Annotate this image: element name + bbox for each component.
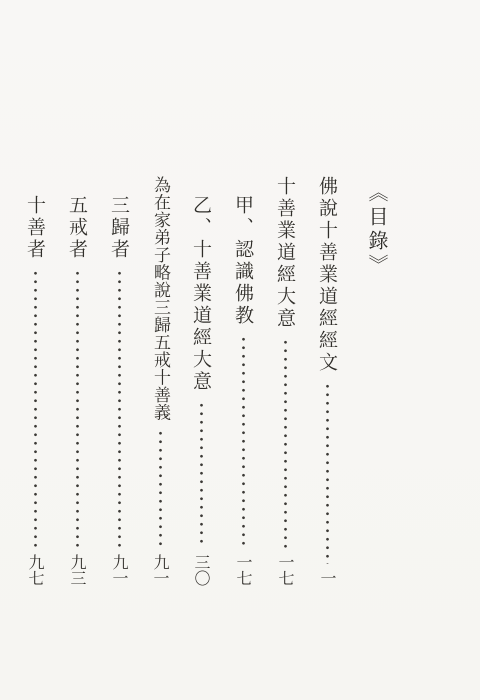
toc-leader-dots	[188, 401, 215, 548]
toc-leader-dots	[148, 429, 173, 548]
toc-page-number: 九三	[66, 554, 89, 588]
toc-entry: 佛說十善業道經經文 一	[314, 176, 341, 588]
scanned-book-page: 《目錄》 佛說十善業道經經文 一 十善業道經大意 一七 甲、認識佛教 一七 乙、…	[0, 0, 480, 700]
toc-entry-title: 佛說十善業道經經文	[314, 176, 341, 374]
table-of-contents: 《目錄》 佛說十善業道經經文 一 十善業道經大意 一七 甲、認識佛教 一七 乙、…	[7, 176, 392, 588]
toc-entry: 乙、十善業道經大意 三〇	[188, 176, 215, 588]
page-title: 《目錄》	[363, 176, 392, 588]
toc-entry-title: 十善業道經大意	[272, 176, 299, 330]
toc-leader-dots	[314, 382, 341, 564]
toc-entry: 三歸者 九一	[106, 176, 133, 588]
toc-entry: 五戒者 九三	[64, 176, 91, 588]
toc-entry-title: 乙、十善業道經大意	[188, 176, 215, 393]
page-title-text: 《目錄》	[365, 182, 389, 278]
toc-entry-title: 五戒者	[64, 176, 91, 261]
toc-entry-title: 甲、認識佛教	[230, 176, 257, 327]
toc-entry-title: 十善者	[22, 176, 49, 261]
toc-page-number: 三〇	[190, 554, 213, 588]
toc-entry: 甲、認識佛教 一七	[230, 176, 257, 588]
toc-leader-dots	[106, 269, 133, 548]
toc-leader-dots	[230, 335, 257, 548]
toc-page-number: 九一	[149, 554, 172, 588]
toc-leader-dots	[272, 338, 299, 548]
toc-entry-title: 三歸者	[106, 176, 133, 261]
toc-page-number: 一	[316, 570, 339, 588]
toc-page-number: 九一	[108, 554, 131, 588]
toc-page-number: 一七	[274, 554, 297, 588]
toc-leader-dots	[64, 269, 91, 548]
toc-page-number: 一七	[232, 554, 255, 588]
toc-entry: 為在家弟子略說三歸五戒十善義 九一	[148, 176, 173, 588]
toc-page-number: 九七	[24, 554, 47, 588]
toc-entry: 十善業道經大意 一七	[272, 176, 299, 588]
toc-entry-title: 為在家弟子略說三歸五戒十善義	[148, 176, 173, 421]
toc-leader-dots	[22, 269, 49, 548]
toc-entry: 十善者 九七	[22, 176, 49, 588]
